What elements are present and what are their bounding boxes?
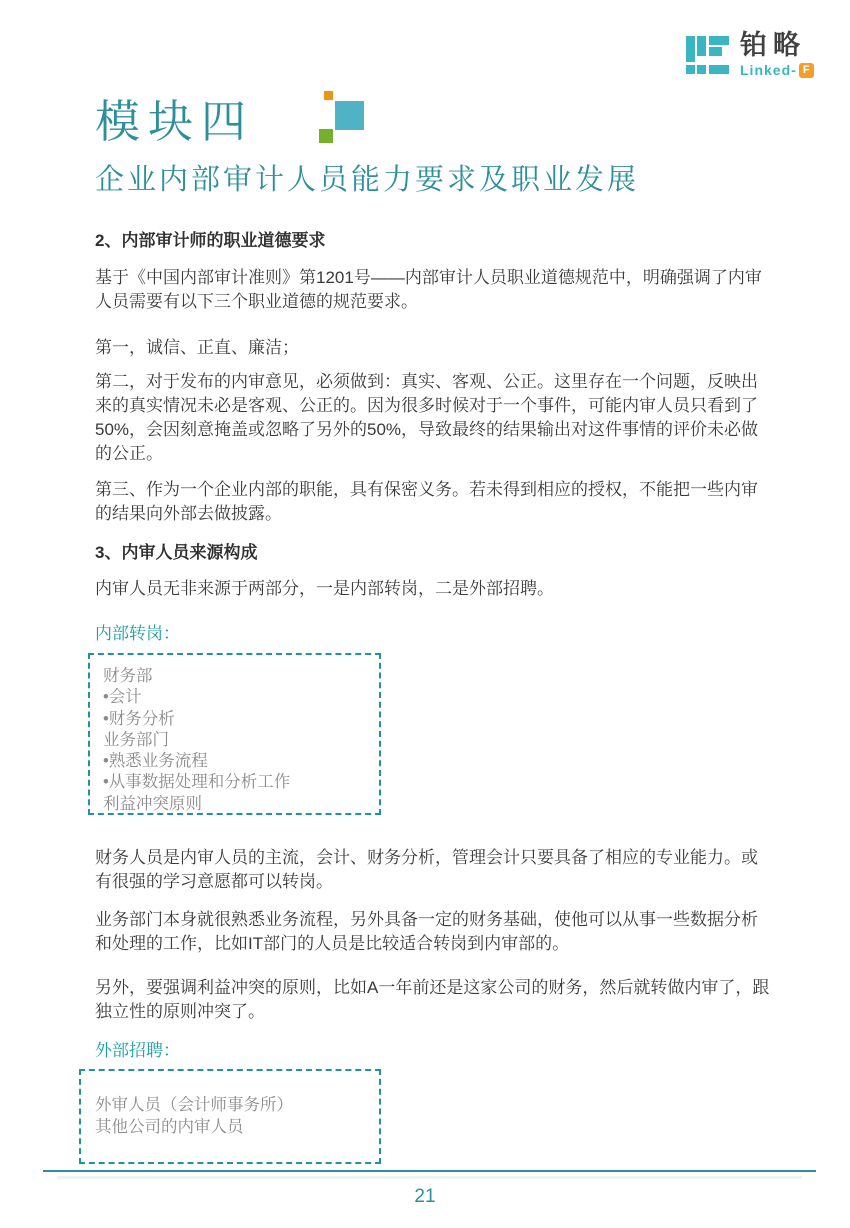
footer-divider-shadow — [57, 1176, 802, 1179]
brand-name-en-text: Linked- — [740, 62, 797, 78]
external-recruit-box: 外审人员（会计师事务所） 其他公司的内审人员 — [79, 1069, 381, 1164]
linked-f-logo-icon — [686, 30, 732, 76]
internal-transfer-label: 内部转岗： — [95, 619, 795, 644]
paragraph-first-rule: 第一，诚信、正直、廉洁； — [95, 336, 795, 360]
brand-name-en: Linked- F — [740, 62, 814, 78]
paragraph-third-rule: 第三、作为一个企业内部的职能，具有保密义务。若未得到相应的授权，不能把一些内审 … — [95, 478, 795, 526]
brand-logo: 铂略 Linked- F — [686, 30, 814, 78]
paragraph-finance-staff: 财务人员是内审人员的主流，会计、财务分析，管理会计只要具备了相应的专业能力。或 … — [95, 846, 795, 894]
page-subtitle: 企业内部审计人员能力要求及职业发展 — [95, 157, 639, 198]
external-recruit-label: 外部招聘： — [95, 1036, 795, 1061]
paragraph-conflict-of-interest: 另外，要强调利益冲突的原则，比如A一年前还是这家公司的财务，然后就转做内审了，跟… — [95, 976, 795, 1024]
paragraph-basis: 基于《中国内部审计准则》第1201号——内部审计人员职业道德规范中，明确强调了内… — [95, 266, 795, 314]
module-title: 模块四 — [95, 92, 254, 152]
paragraph-sources: 内审人员无非来源于两部分，一是内部转岗，二是外部招聘。 — [95, 577, 795, 601]
internal-transfer-box: 财务部 •会计 •财务分析 业务部门 •熟悉业务流程 •从事数据处理和分析工作 … — [88, 653, 381, 815]
paragraph-business-dept: 业务部门本身就很熟悉业务流程，另外具备一定的财务基础，使他可以从事一些数据分析 … — [95, 908, 795, 956]
section3-heading: 3、内审人员来源构成 — [95, 538, 795, 563]
footer-divider — [43, 1170, 816, 1172]
paragraph-second-rule: 第二，对于发布的内审意见，必须做到：真实、客观、公正。这里存在一个问题，反映出 … — [95, 370, 795, 466]
brand-name-cn: 铂略 — [740, 30, 806, 60]
deco-square-green-icon — [319, 129, 333, 143]
deco-square-orange-icon — [324, 91, 333, 100]
document-page: 铂略 Linked- F 模块四 企业内部审计人员能力要求及职业发展 2、内部审… — [0, 0, 850, 1228]
brand-badge-f-icon: F — [799, 63, 814, 78]
brand-text: 铂略 Linked- F — [740, 30, 814, 78]
section2-heading: 2、内部审计师的职业道德要求 — [95, 226, 795, 251]
deco-square-teal-icon — [335, 101, 364, 130]
page-number: 21 — [0, 1186, 850, 1208]
